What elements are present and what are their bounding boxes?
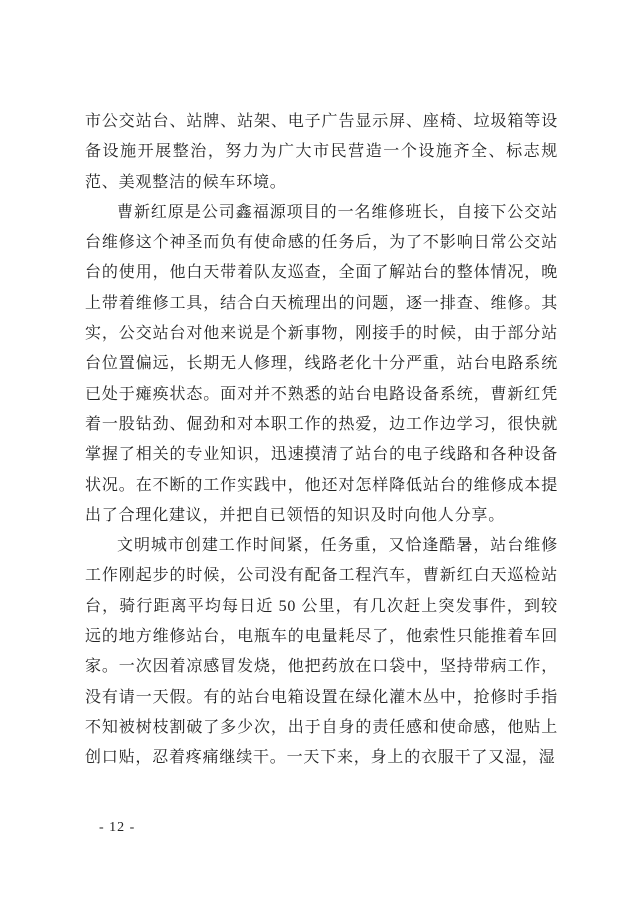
document-page: 市公交站台、站牌、站架、电子广告显示屏、座椅、垃圾箱等设备设施开展整治，努力为广… [0, 0, 636, 900]
paragraph-1: 市公交站台、站牌、站架、电子广告显示屏、座椅、垃圾箱等设备设施开展整治，努力为广… [85, 107, 558, 198]
paragraph-3: 文明城市创建工作时间紧，任务重，又恰逢酷暑，站台维修工作刚起步的时候，公司没有配… [85, 531, 558, 773]
page-number: - 12 - [99, 819, 135, 837]
body-text: 市公交站台、站牌、站架、电子广告显示屏、座椅、垃圾箱等设备设施开展整治，努力为广… [85, 107, 558, 774]
paragraph-2: 曹新红原是公司鑫福源项目的一名维修班长，自接下公交站台维修这个神圣而负有使命感的… [85, 198, 558, 531]
